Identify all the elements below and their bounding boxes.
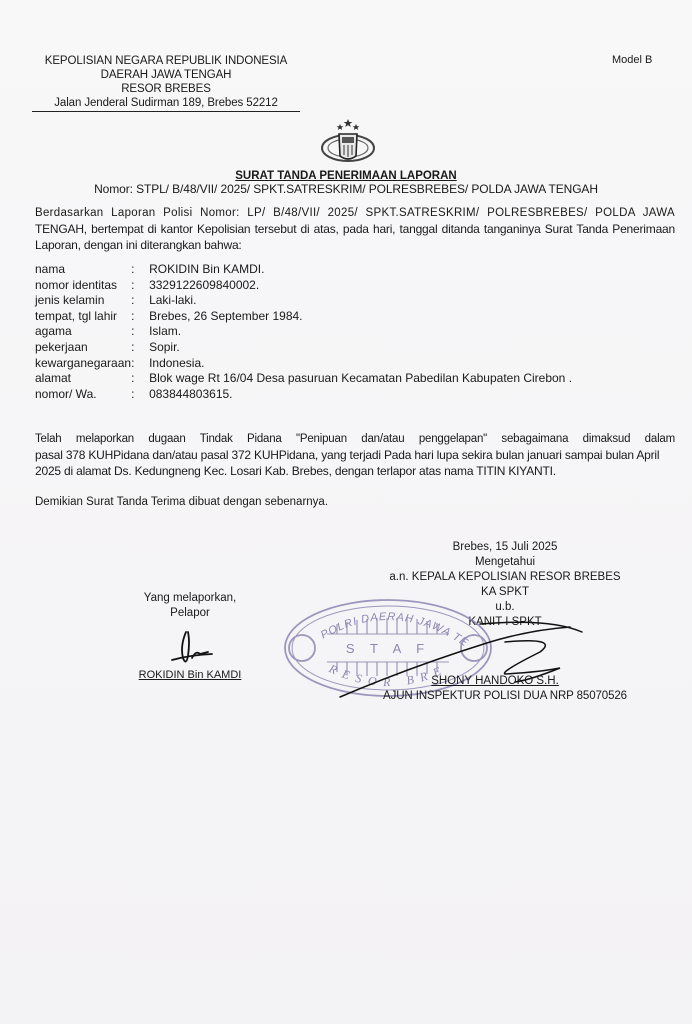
reporter-signature-block: Yang melaporkan, Pelapor — [100, 591, 280, 621]
identity-colon: : — [131, 340, 149, 356]
document-page: KEPOLISIAN NEGARA REPUBLIK INDONESIA DAE… — [0, 0, 692, 1024]
place-date: Brebes, 15 Juli 2025 — [360, 540, 650, 555]
officer-rank-nrp: AJUN INSPEKTUR POLISI DUA NRP 85070526 — [383, 690, 627, 702]
identity-row: pekerjaan:Sopir. — [35, 340, 572, 356]
intro-line-1: Berdasarkan Laporan Polisi Nomor: LP/ B/… — [35, 205, 675, 221]
report-paragraph: Telah melaporkan dugaan Tindak Pidana "P… — [35, 431, 675, 479]
identity-value: Brebes, 26 September 1984. — [149, 309, 572, 325]
identity-label: nomor identitas — [35, 278, 131, 294]
identity-label: jenis kelamin — [35, 293, 131, 309]
intro-paragraph: Berdasarkan Laporan Polisi Nomor: LP/ B/… — [35, 205, 675, 253]
officer-name: SHONY HANDOKO S.H. — [420, 675, 570, 687]
identity-colon: : — [131, 324, 149, 340]
identity-colon: : — [131, 278, 149, 294]
identity-value: 083844803615. — [149, 387, 572, 403]
identity-value: 3329122609840002. — [149, 278, 572, 294]
intro-rest: TENGAH, bertempat di kantor Kepolisian t… — [35, 222, 675, 252]
reporter-signature — [150, 628, 240, 668]
identity-value: ROKIDIN Bin KAMDI. — [149, 262, 572, 278]
identity-value: Blok wage Rt 16/04 Desa pasuruan Kecamat… — [149, 371, 572, 387]
identity-value: Sopir. — [149, 340, 572, 356]
reporter-name: ROKIDIN Bin KAMDI — [100, 669, 280, 681]
identity-label: kewarganegaraan — [35, 356, 131, 372]
identity-colon: : — [131, 309, 149, 325]
identity-row: nomor/ Wa.:083844803615. — [35, 387, 572, 403]
letterhead-line-3: RESOR BREBES — [36, 82, 296, 96]
reporter-label: Yang melaporkan, — [100, 591, 280, 606]
letterhead-line-1: KEPOLISIAN NEGARA REPUBLIK INDONESIA — [36, 54, 296, 68]
identity-colon: : — [131, 371, 149, 387]
reporter-identity-table: nama:ROKIDIN Bin KAMDI.nomor identitas:3… — [35, 262, 572, 402]
identity-value: Laki-laki. — [149, 293, 572, 309]
identity-label: nama — [35, 262, 131, 278]
identity-row: alamat:Blok wage Rt 16/04 Desa pasuruan … — [35, 371, 572, 387]
identity-row: kewarganegaraan:Indonesia. — [35, 356, 572, 372]
identity-colon: : — [131, 356, 149, 372]
letterhead: KEPOLISIAN NEGARA REPUBLIK INDONESIA DAE… — [36, 54, 296, 112]
identity-row: nomor identitas:3329122609840002. — [35, 278, 572, 294]
letterhead-address: Jalan Jenderal Sudirman 189, Brebes 5221… — [32, 96, 300, 112]
police-emblem-icon — [318, 118, 378, 164]
identity-colon: : — [131, 387, 149, 403]
acknowledged-label: Mengetahui — [360, 555, 650, 570]
identity-label: tempat, tgl lahir — [35, 309, 131, 325]
document-title: SURAT TANDA PENERIMAAN LAPORAN — [0, 170, 692, 182]
identity-colon: : — [131, 293, 149, 309]
identity-row: tempat, tgl lahir:Brebes, 26 September 1… — [35, 309, 572, 325]
reporter-role: Pelapor — [100, 606, 280, 621]
closing-statement: Demikian Surat Tanda Terima dibuat denga… — [35, 496, 328, 508]
identity-label: agama — [35, 324, 131, 340]
letterhead-line-2: DAERAH JAWA TENGAH — [36, 68, 296, 82]
document-number: Nomor: STPL/ B/48/VII/ 2025/ SPKT.SATRES… — [0, 182, 692, 196]
identity-label: pekerjaan — [35, 340, 131, 356]
form-model-label: Model B — [612, 54, 652, 66]
identity-label: nomor/ Wa. — [35, 387, 131, 403]
identity-row: jenis kelamin:Laki-laki. — [35, 293, 572, 309]
identity-row: agama:Islam. — [35, 324, 572, 340]
identity-row: nama:ROKIDIN Bin KAMDI. — [35, 262, 572, 278]
identity-value: Indonesia. — [149, 356, 572, 372]
identity-value: Islam. — [149, 324, 572, 340]
identity-label: alamat — [35, 371, 131, 387]
identity-colon: : — [131, 262, 149, 278]
report-line-1: Telah melaporkan dugaan Tindak Pidana "P… — [35, 431, 675, 447]
on-behalf-label: a.n. KEPALA KEPOLISIAN RESOR BREBES — [360, 570, 650, 585]
report-rest: pasal 378 KUHPidana dan/atau pasal 372 K… — [35, 448, 659, 478]
